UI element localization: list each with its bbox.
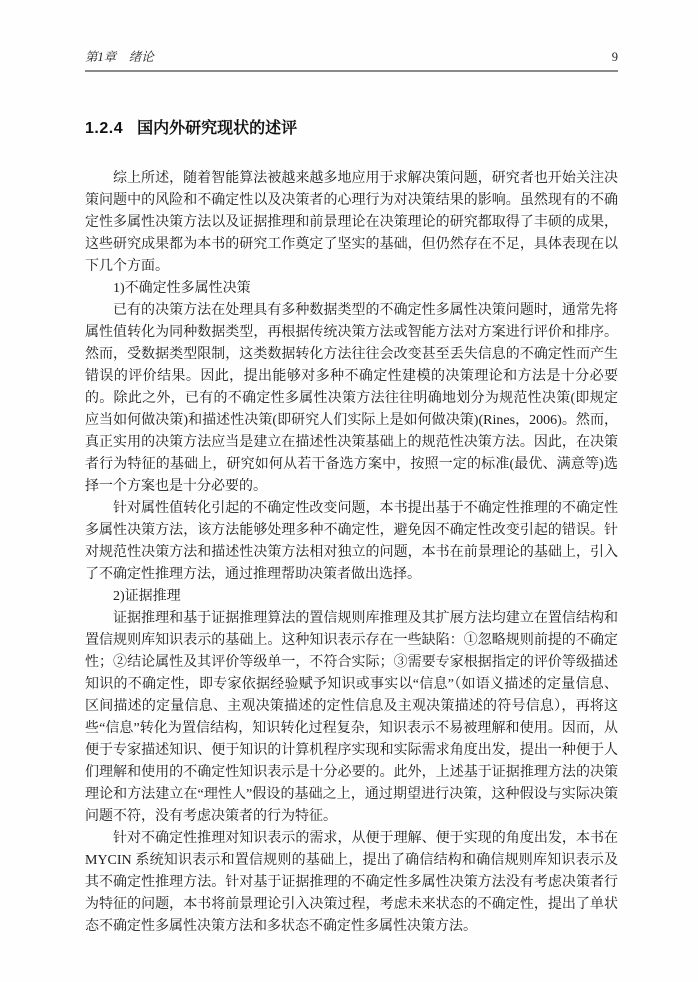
running-head: 第1章 绪论 9	[85, 49, 618, 65]
header-rule	[85, 70, 618, 72]
paragraph-evidential-reasoning-issues: 证据推理和基于证据推理算法的置信规则库推理及其扩展方法均建立在置信结构和置信规则…	[85, 608, 618, 828]
paragraph-evidential-reasoning-solutions: 针对不确定性推理对知识表示的需求，从便于理解、便于实现的角度出发，本书在MYCI…	[85, 828, 618, 938]
section-heading: 1.2.4国内外研究现状的述评	[85, 119, 618, 139]
subitem-2-heading: 2)证据推理	[85, 586, 618, 608]
subitem-1-heading: 1)不确定性多属性决策	[85, 278, 618, 300]
paragraph-summary: 综上所述，随着智能算法被越来越多地应用于求解决策问题，研究者也开始关注决策问题中…	[85, 168, 618, 278]
paragraph-madm-solutions: 针对属性值转化引起的不确定性改变问题，本书提出基于不确定性推理的不确定性多属性决…	[85, 498, 618, 586]
running-head-chapter: 第1章 绪论	[85, 49, 154, 65]
body-text: 综上所述，随着智能算法被越来越多地应用于求解决策问题，研究者也开始关注决策问题中…	[85, 168, 618, 938]
section-number: 1.2.4	[85, 120, 123, 137]
section-title: 国内外研究现状的述评	[137, 120, 297, 137]
book-page: 第1章 绪论 9 1.2.4国内外研究现状的述评 综上所述，随着智能算法被越来越…	[0, 0, 698, 982]
page-number: 9	[612, 49, 618, 65]
paragraph-madm-issues: 已有的决策方法在处理具有多种数据类型的不确定性多属性决策问题时，通常先将属性值转…	[85, 300, 618, 498]
